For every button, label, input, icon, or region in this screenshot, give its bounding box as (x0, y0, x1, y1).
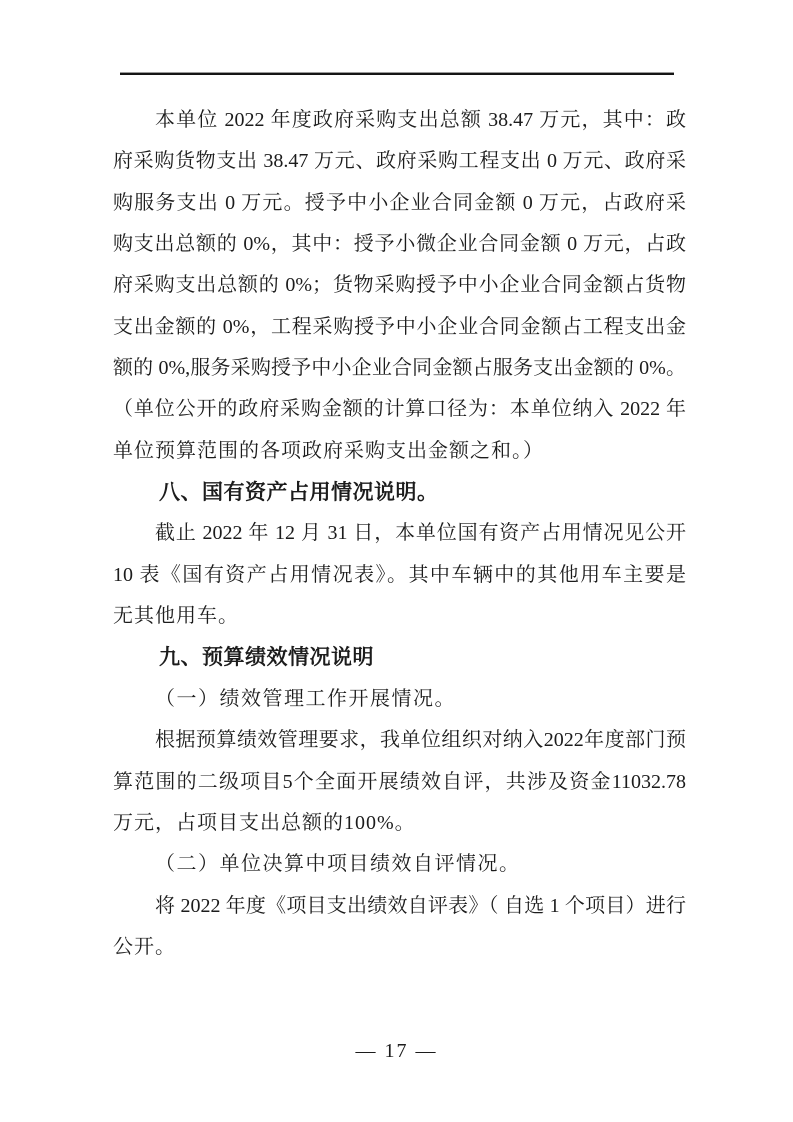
body-line: 无其他用车。 (113, 596, 686, 637)
section-heading-9: 九、预算绩效情况说明 (113, 637, 686, 678)
subsection-heading-1: （一）绩效管理工作开展情况。 (113, 679, 686, 720)
body-line: （单位公开的政府采购金额的计算口径为：本单位纳入 2022 年 (113, 389, 686, 430)
body-line: 购支出总额的 0%，其中：授予小微企业合同金额 0 万元，占政 (113, 224, 686, 265)
body-line: 本单位 2022 年度政府采购支出总额 38.47 万元，其中：政 (113, 100, 686, 141)
body-line: 公开。 (113, 927, 686, 968)
body-line: 万元，占项目支出总额的100%。 (113, 803, 686, 844)
body-line: 购服务支出 0 万元。授予中小企业合同金额 0 万元，占政府采 (113, 183, 686, 224)
body-line: 府采购支出总额的 0%；货物采购授予中小企业合同金额占货物 (113, 265, 686, 306)
body-line: 支出金额的 0%，工程采购授予中小企业合同金额占工程支出金 (113, 307, 686, 348)
body-line: 10 表《国有资产占用情况表》。其中车辆中的其他用车主要是 (113, 555, 686, 596)
document-page: 本单位 2022 年度政府采购支出总额 38.47 万元，其中：政 府采购货物支… (0, 0, 793, 1122)
body-line: 额的 0%,服务采购授予中小企业合同金额占服务支出金额的 0%。 (113, 348, 686, 389)
body-line: 府采购货物支出 38.47 万元、政府采购工程支出 0 万元、政府采 (113, 141, 686, 182)
document-body: 本单位 2022 年度政府采购支出总额 38.47 万元，其中：政 府采购货物支… (113, 100, 686, 968)
page-number: — 17 — (0, 1038, 793, 1064)
body-line: 截止 2022 年 12 月 31 日，本单位国有资产占用情况见公开 (113, 513, 686, 554)
section-heading-8: 八、国有资产占用情况说明。 (113, 472, 686, 513)
body-line: 算范围的二级项目5个全面开展绩效自评，共涉及资金11032.78 (113, 762, 686, 803)
header-rule (120, 72, 674, 75)
body-line: 根据预算绩效管理要求，我单位组织对纳入2022年度部门预 (113, 720, 686, 761)
subsection-heading-2: （二）单位决算中项目绩效自评情况。 (113, 844, 686, 885)
body-line: 将 2022 年度《项目支出绩效自评表》（ 自选 1 个项目）进行 (113, 886, 686, 927)
body-line: 单位预算范围的各项政府采购支出金额之和。） (113, 431, 686, 472)
